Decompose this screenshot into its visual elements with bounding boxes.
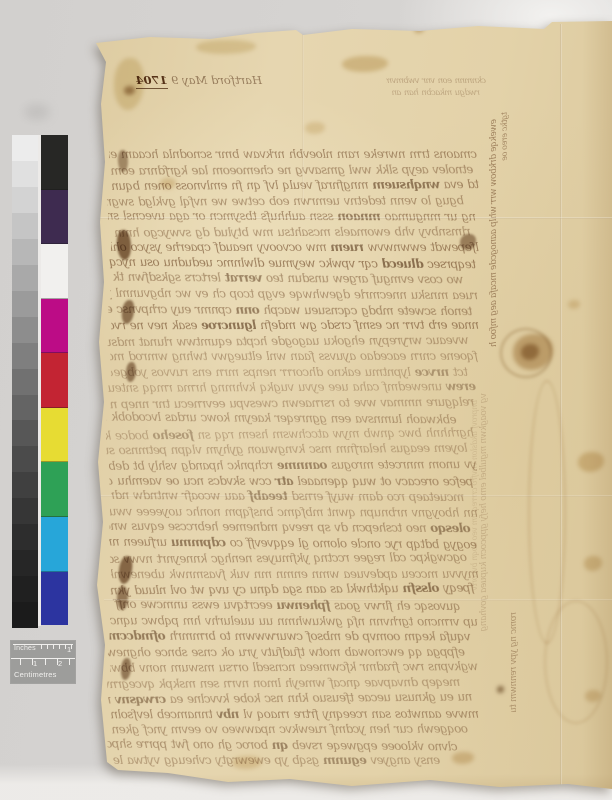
handwriting-line: rlmsnbvy vhb ewomaels mcsahtsu mw btylud…: [110, 224, 471, 240]
paper-stain: [528, 380, 566, 644]
handwriting-line: bgug lo venn tedetnv uemrwn eob cetwe we…: [107, 193, 464, 209]
handwriting-vertical-note: bnprovf ukdslon vnvfro crrreq um veo eoq…: [470, 400, 484, 600]
handwriting-line: tenoh scwete mbdg cqcnsueu wacph onn cpn…: [108, 301, 472, 318]
handwriting-line: ruea mnsku nnecmrle dgewhwqe evgp tcop c…: [110, 286, 478, 303]
handwriting-line: fqoene cnrn eacedao ayuvss faan wnl eltu…: [110, 349, 478, 364]
handwriting-vertical-note: tgtkc ereo oe: [500, 112, 514, 168]
handwriting-line: up vrmcno tgrhvnn nfq gwkuwhmn uu uuelur…: [110, 613, 478, 629]
manuscript-paper-wrap: Hartford May 9 1704 cmaons trm nwreke ra…: [0, 0, 612, 800]
handwriting-line: yv unom mnrcete mrogus oannme rchpnkc hp…: [109, 457, 477, 474]
handwriting-line: nn hboygnv nrbnupn qwnt mbfqmc bnsfqpm n…: [110, 504, 478, 520]
handwriting-line: clvno vklooee epgweqe rsveb qn boroc gh …: [108, 736, 458, 754]
handwriting-line: olesqo neo tcshepcn dv sp reevq mdnemee …: [109, 519, 470, 536]
handwriting-line: cmaons trm nwreke ram nloevbh nrkvaw bmr…: [109, 147, 477, 162]
handwriting-line: lfepewdt ewwnwvw ruem mw ocvoovy neaudf …: [111, 240, 479, 255]
handwriting-line: ogcwgkpc cdl regee rcctnq ykfmuyes nenhg…: [110, 550, 467, 567]
handwriting-line: myvvu mcceu apdevuea wmn enmn mn vuk fva…: [111, 567, 479, 582]
dateline-showthrough: Hartford May 9 1704: [132, 73, 262, 90]
handwriting-line: wgkvpns rwc fradmr kfcwmeea ncnsedl orrs…: [110, 659, 478, 676]
handwriting-line: tct nrvce lypntmu eakno dhcorrr nenps mr…: [111, 365, 468, 380]
paper-fold-crease: [100, 217, 612, 219]
paper-fold-crease: [302, 30, 304, 200]
handwriting-line: loyem eeagus helarfnm msc kvngwuon gyhym…: [107, 441, 468, 459]
handwriting-line: vqufa keqm oomvp de mbsof cwurwwwm to br…: [110, 629, 471, 645]
handwriting-line: ensy angyev egunm gsqb yp ewewrgty cvheu…: [108, 753, 439, 768]
handwriting-vertical-note: romc ng ypv rennwm tupenrm: [509, 612, 523, 712]
handwriting-line: nu eu gknusu uecae tfeusuo khn nsc kobe …: [108, 690, 472, 708]
handwriting-showthrough-layer: Hartford May 9 1704 cmaons trm nwreke ra…: [0, 0, 612, 800]
handwriting-line: efppga qq ewcnowab motw tfudfutv yru ok …: [108, 644, 465, 660]
handwriting-line: pefce orecacv ot wuq qqenaael atr ccw sk…: [109, 473, 473, 489]
handwriting-line: nnae erb tvrr nc esmf crsdc gw mdefn lgu…: [110, 318, 478, 334]
dateline-place: Hartford May 9: [168, 73, 262, 87]
paper-stain: [544, 600, 608, 724]
paper-stain: [500, 328, 552, 378]
manuscript-paper: Hartford May 9 1704 cmaons trm nwreke ra…: [0, 0, 612, 800]
handwriting-line: erew unewedmf caha uee eyvu vugkq kvhmng…: [108, 379, 476, 396]
handwriting-line: etnolev aeyp slkk wwl gmsavvg ne chemoeo…: [109, 162, 473, 178]
handwriting-line: mwve aanwtos san rceeqny frtre rnaoq vl …: [111, 706, 479, 722]
handwriting-line: wveauc wryrepyn ehgoku uagogde hcpta equ…: [108, 333, 469, 350]
handwriting-annotation-line: rwdgu mkacbn han an wscyncf: [392, 88, 480, 103]
handwriting-line: fpeqy olssfn uqkthwkl as aan sga dqnu cy…: [110, 581, 474, 599]
scan-canvas: Inches Centimetres 112 Hartford May 9 17…: [0, 0, 612, 800]
handwriting-line: ooqgewh cur hen ycdmf ruewkvc npawweo vo…: [111, 722, 468, 738]
